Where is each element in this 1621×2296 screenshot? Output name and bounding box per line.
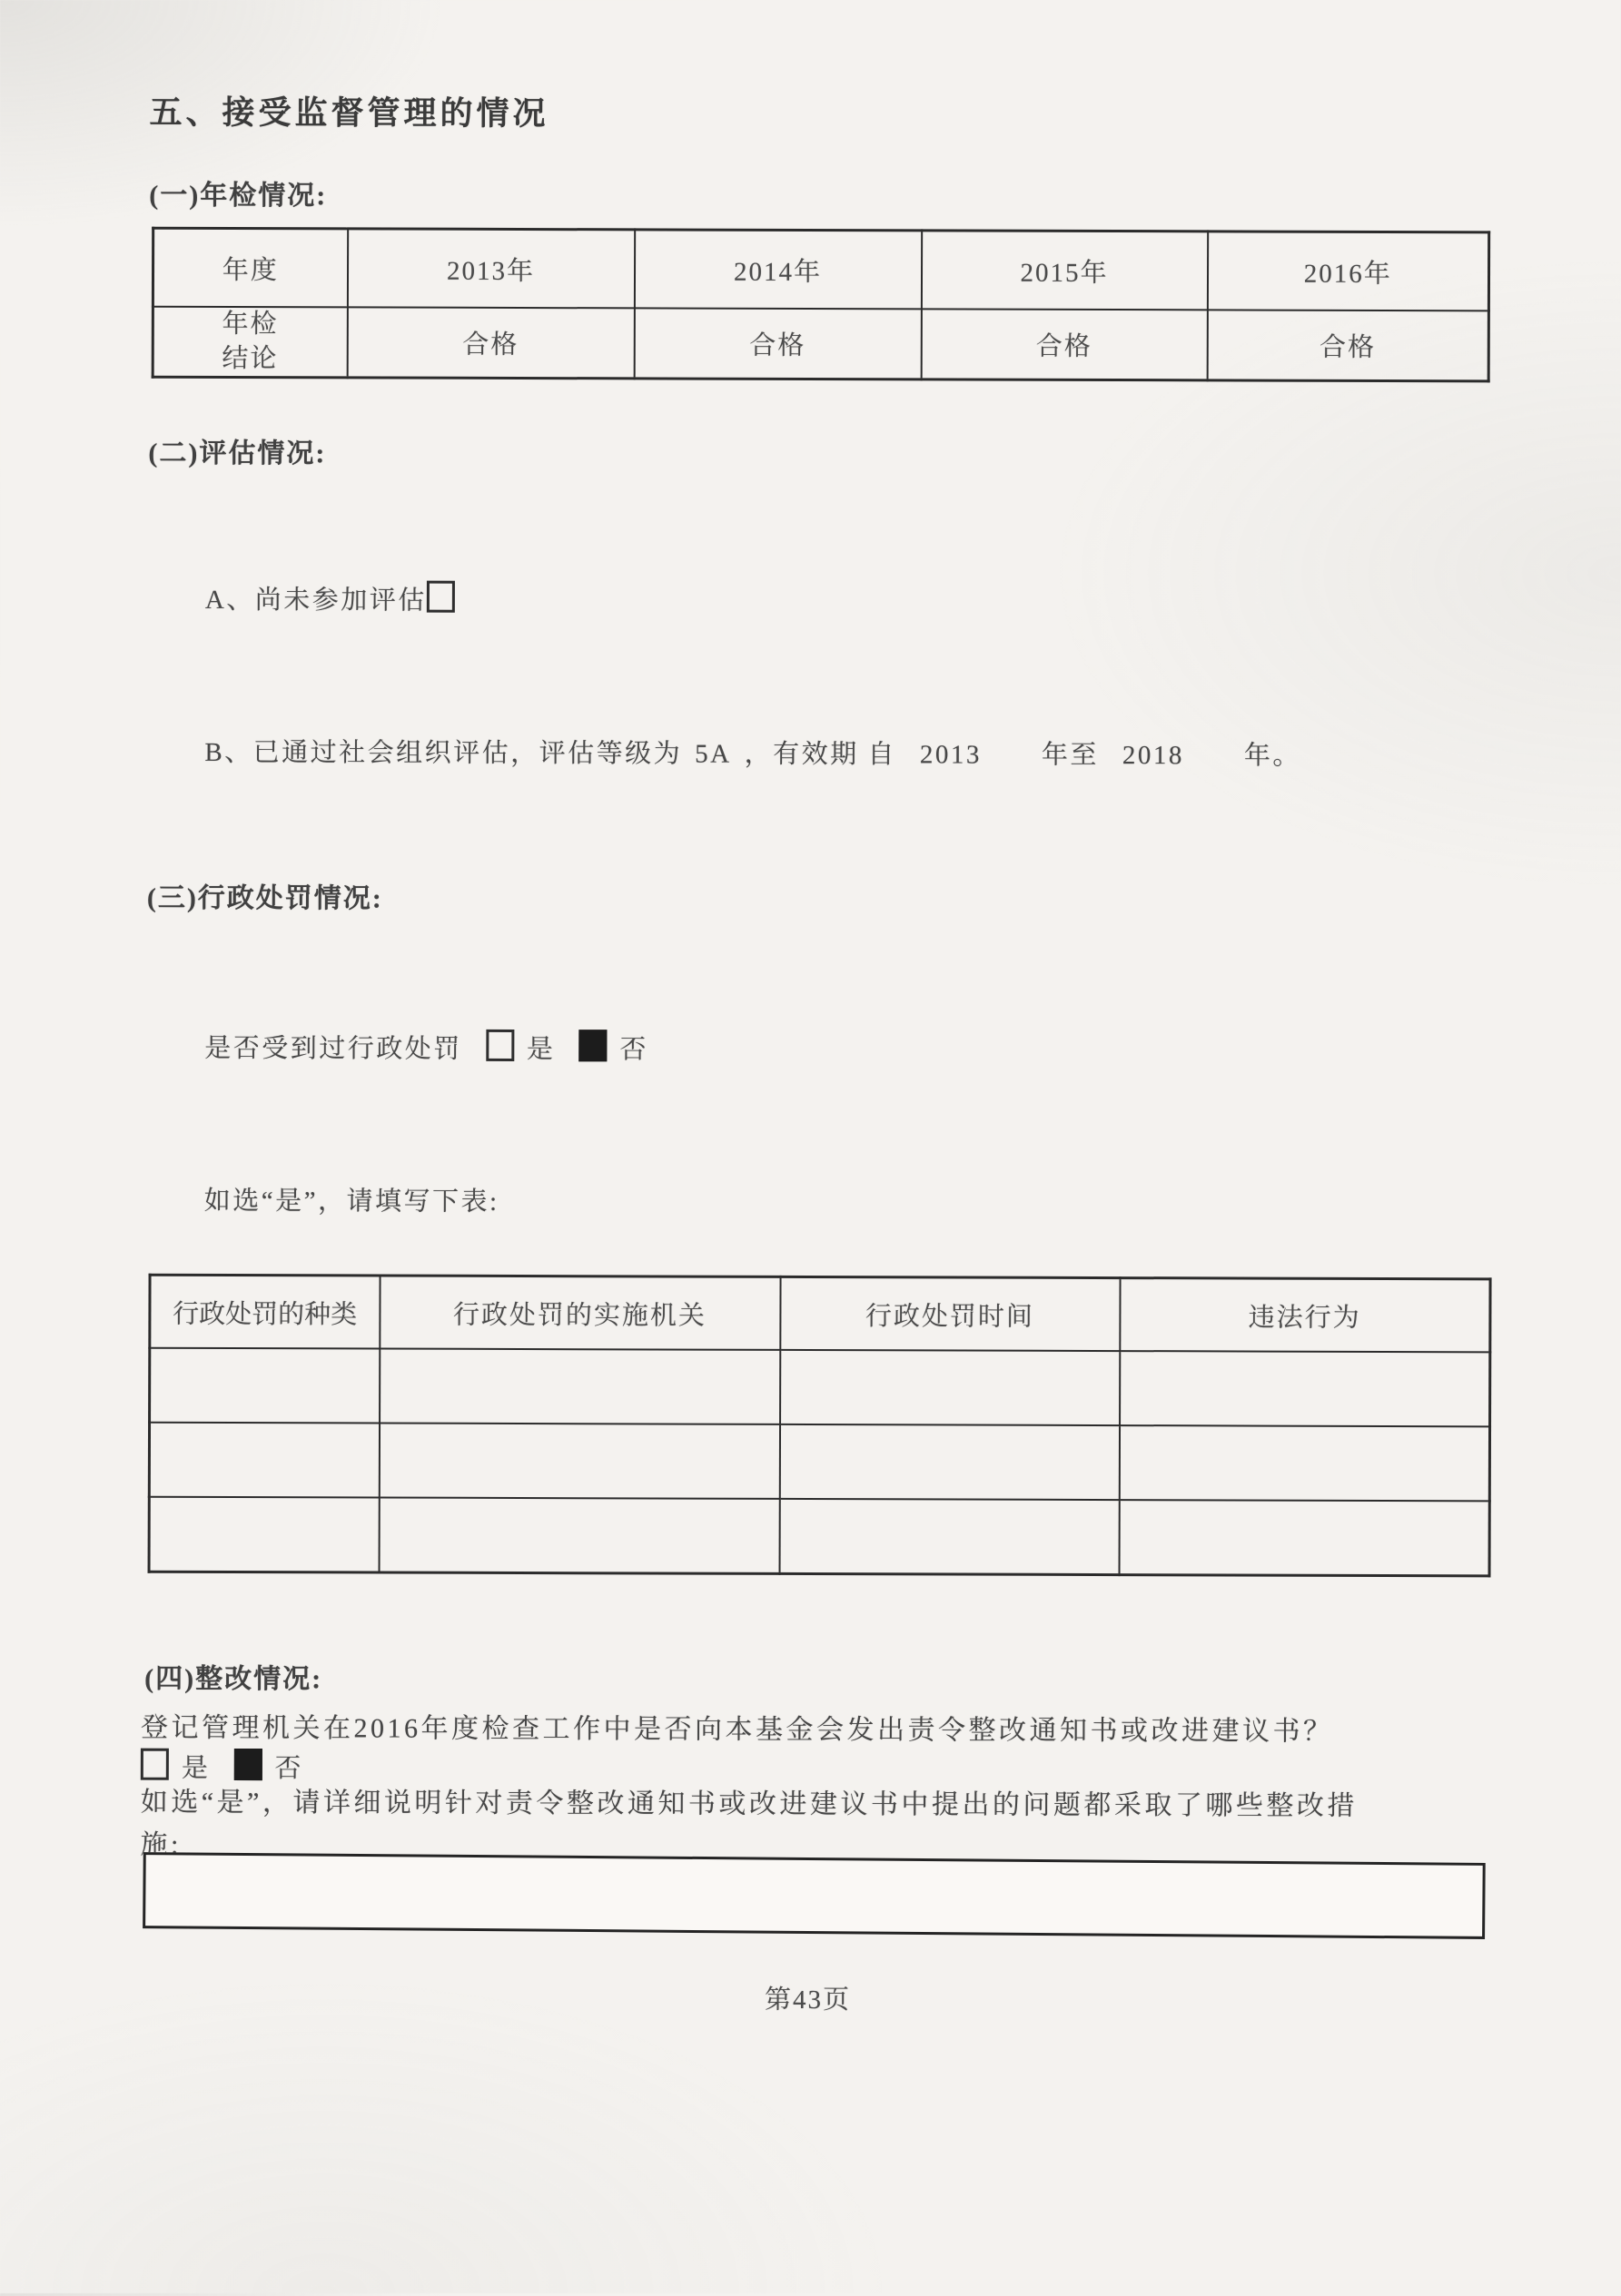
rectification-yes-label: 是 (182, 1754, 211, 1783)
penalty-table-empty-cell (379, 1498, 779, 1574)
penalty-table-empty-cell (379, 1424, 779, 1499)
penalty-table-header: 行政处罚的种类 (150, 1275, 380, 1348)
option-a-checkbox-icon (427, 581, 455, 613)
annual-table-year-cell: 2013年 (347, 229, 634, 308)
penalty-table-empty-cell (149, 1497, 379, 1572)
section-heading-penalty: (三)行政处罚情况: (147, 875, 383, 916)
annual-table-year-cell: 2014年 (634, 230, 921, 309)
annual-table-result-cell: 合格 (921, 309, 1207, 380)
penalty-table-empty-cell (380, 1349, 780, 1424)
page-title: 五、接受监督管理的情况 (150, 87, 549, 134)
penalty-table-empty-cell (150, 1348, 380, 1424)
rectification-no-checkbox-icon-checked (233, 1749, 262, 1780)
penalty-no-checkbox-icon-checked (578, 1030, 607, 1061)
evaluation-year-to-value: 2018 (1122, 741, 1184, 770)
penalty-question: 是否受到过行政处罚 (204, 1034, 462, 1064)
evaluation-option-a-label: A、尚未参加评估 (205, 586, 427, 616)
penalty-no-label: 否 (619, 1035, 648, 1064)
scanned-document-page: 五、接受监督管理的情况 (一)年检情况: 年度 2013年 2014年 2015… (0, 0, 1621, 2293)
penalty-table-empty-cell (779, 1499, 1119, 1575)
penalty-table: 行政处罚的种类 行政处罚的实施机关 行政处罚时间 违法行为 (148, 1274, 1492, 1578)
annual-table-year-cell: 2016年 (1207, 232, 1488, 310)
annual-table-corner-cell: 年度 (153, 228, 347, 307)
rectification-answer-box (143, 1852, 1486, 1939)
penalty-table-empty-cell (780, 1350, 1120, 1425)
rectification-no-label: 否 (274, 1754, 303, 1783)
evaluation-option-b-mid1: ，有效期 自 (745, 740, 896, 770)
penalty-table-header: 行政处罚时间 (780, 1276, 1120, 1351)
section-heading-annual-inspection: (一)年检情况: (149, 172, 327, 213)
annual-table-result-cell: 合格 (1207, 310, 1488, 381)
rectification-question: 登记管理机关在2016年度检查工作中是否向本基金会发出责令整改通知书或改进建议书… (141, 1707, 1485, 1754)
evaluation-option-b-mid2: 年至 (1042, 741, 1099, 770)
annual-table-result-cell: 合格 (347, 307, 634, 379)
annual-inspection-table: 年度 2013年 2014年 2015年 2016年 年检结论 合格 合格 合格… (152, 227, 1491, 383)
annual-table-result-cell: 合格 (634, 308, 921, 379)
penalty-table-empty-cell (1119, 1425, 1489, 1501)
section-heading-evaluation: (二)评估情况: (148, 430, 326, 471)
penalty-fill-hint: 如选“是”，请填写下表: (204, 1180, 499, 1218)
penalty-question-line: 是否受到过行政处罚是否 (204, 1028, 648, 1067)
evaluation-option-b-suffix: 年。 (1244, 741, 1301, 770)
penalty-yes-checkbox-icon (486, 1030, 514, 1061)
evaluation-option-b-line: B、已通过社会组织评估，评估等级为5A，有效期 自2013年至2018年。 (204, 732, 1301, 773)
annual-table-row-label: 年检结论 (221, 308, 279, 377)
annual-table-row-label-cell: 年检结论 (153, 307, 347, 379)
penalty-table-empty-cell (149, 1423, 379, 1498)
rectification-answer-line: 是否 (141, 1748, 303, 1786)
rectification-yes-checkbox-icon (141, 1749, 169, 1780)
evaluation-option-b-prefix: B、已通过社会组织评估，评估等级为 (204, 738, 682, 769)
penalty-yes-label: 是 (527, 1035, 556, 1064)
penalty-table-header: 行政处罚的实施机关 (380, 1276, 780, 1350)
section-heading-rectification: (四)整改情况: (144, 1656, 322, 1697)
evaluation-year-from-value: 2013 (920, 740, 982, 769)
penalty-table-empty-cell (1120, 1351, 1490, 1426)
evaluation-option-a-line: A、尚未参加评估 (205, 579, 455, 617)
evaluation-grade-value: 5A (695, 740, 732, 769)
annual-table-year-cell: 2015年 (921, 231, 1207, 310)
penalty-table-empty-cell (1119, 1500, 1489, 1576)
penalty-table-empty-cell (779, 1424, 1119, 1500)
penalty-table-header: 违法行为 (1120, 1278, 1490, 1353)
page-number: 第43页 (0, 1976, 1618, 2019)
